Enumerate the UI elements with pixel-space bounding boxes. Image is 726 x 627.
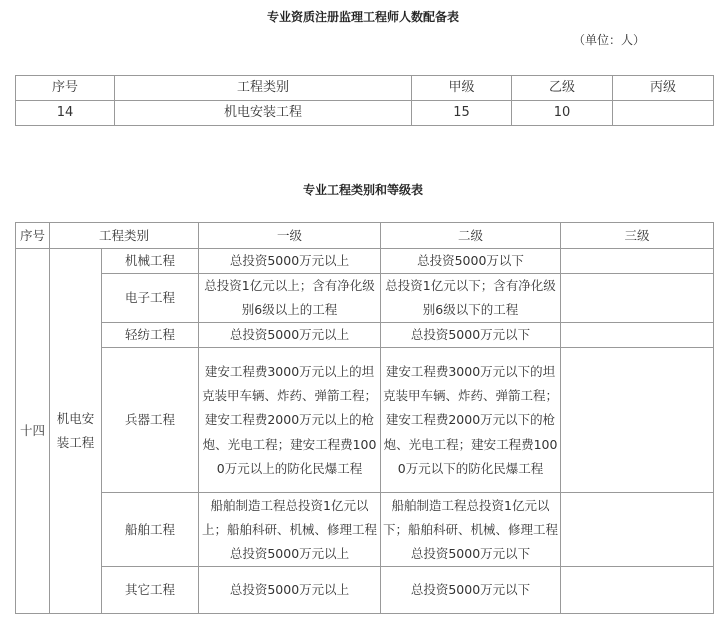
table-row: 其它工程 总投资5000万元以上 总投资5000万元以下	[16, 567, 714, 614]
cell-grade-a: 15	[412, 101, 512, 126]
cell-level3	[561, 348, 714, 493]
header-level2: 二级	[381, 223, 561, 249]
cell-level3	[561, 249, 714, 274]
cell-level3	[561, 567, 714, 614]
cell-level1: 总投资5000万元以上	[199, 567, 381, 614]
cell-level1: 总投资5000万元以上	[199, 249, 381, 274]
header-category: 工程类别	[50, 223, 199, 249]
cell-grade-c	[613, 101, 714, 126]
table-row: 兵器工程 建安工程费3000万元以上的坦克装甲车辆、炸药、弹箭工程；建安工程费2…	[16, 348, 714, 493]
header-level3: 三级	[561, 223, 714, 249]
cell-level2: 总投资5000万以下	[381, 249, 561, 274]
header-grade-a: 甲级	[412, 76, 512, 101]
engineering-category-level-table: 序号 工程类别 一级 二级 三级 十四 机电安装工程 机械工程 总投资5000万…	[15, 222, 714, 614]
cell-category: 电子工程	[102, 274, 199, 323]
table-header-row: 序号 工程类别 甲级 乙级 丙级	[16, 76, 714, 101]
header-category: 工程类别	[115, 76, 412, 101]
cell-category: 船舶工程	[102, 493, 199, 567]
cell-category: 其它工程	[102, 567, 199, 614]
cell-level3	[561, 493, 714, 567]
cell-level2: 建安工程费3000万元以下的坦克装甲车辆、炸药、弹箭工程；建安工程费2000万元…	[381, 348, 561, 493]
header-grade-b: 乙级	[512, 76, 613, 101]
header-grade-c: 丙级	[613, 76, 714, 101]
table1-title: 专业资质注册监理工程师人数配备表	[0, 8, 726, 25]
cell-level1: 总投资5000万元以上	[199, 323, 381, 348]
cell-level2: 总投资1亿元以下；含有净化级别6级以下的工程	[381, 274, 561, 323]
unit-label: （单位：人）	[573, 31, 645, 48]
header-level1: 一级	[199, 223, 381, 249]
table-row: 电子工程 总投资1亿元以上；含有净化级别6级以上的工程 总投资1亿元以下；含有净…	[16, 274, 714, 323]
group-name: 机电安装工程	[50, 249, 102, 614]
cell-category: 轻纺工程	[102, 323, 199, 348]
cell-grade-b: 10	[512, 101, 613, 126]
header-no: 序号	[16, 76, 115, 101]
group-no: 十四	[16, 249, 50, 614]
engineer-staffing-table: 序号 工程类别 甲级 乙级 丙级 14 机电安装工程 15 10	[15, 75, 714, 126]
cell-level3	[561, 323, 714, 348]
table-header-row: 序号 工程类别 一级 二级 三级	[16, 223, 714, 249]
table2-title: 专业工程类别和等级表	[0, 181, 726, 198]
cell-level1: 船舶制造工程总投资1亿元以上；船舶科研、机械、修理工程总投资5000万元以上	[199, 493, 381, 567]
cell-category: 机电安装工程	[115, 101, 412, 126]
table-row: 十四 机电安装工程 机械工程 总投资5000万元以上 总投资5000万以下	[16, 249, 714, 274]
cell-level3	[561, 274, 714, 323]
table-row: 轻纺工程 总投资5000万元以上 总投资5000万元以下	[16, 323, 714, 348]
header-no: 序号	[16, 223, 50, 249]
cell-level2: 总投资5000万元以下	[381, 323, 561, 348]
table-row: 14 机电安装工程 15 10	[16, 101, 714, 126]
cell-no: 14	[16, 101, 115, 126]
cell-category: 机械工程	[102, 249, 199, 274]
cell-level2: 总投资5000万元以下	[381, 567, 561, 614]
table-row: 船舶工程 船舶制造工程总投资1亿元以上；船舶科研、机械、修理工程总投资5000万…	[16, 493, 714, 567]
cell-level1: 总投资1亿元以上；含有净化级别6级以上的工程	[199, 274, 381, 323]
cell-level2: 船舶制造工程总投资1亿元以下；船舶科研、机械、修理工程总投资5000万元以下	[381, 493, 561, 567]
cell-category: 兵器工程	[102, 348, 199, 493]
cell-level1: 建安工程费3000万元以上的坦克装甲车辆、炸药、弹箭工程；建安工程费2000万元…	[199, 348, 381, 493]
